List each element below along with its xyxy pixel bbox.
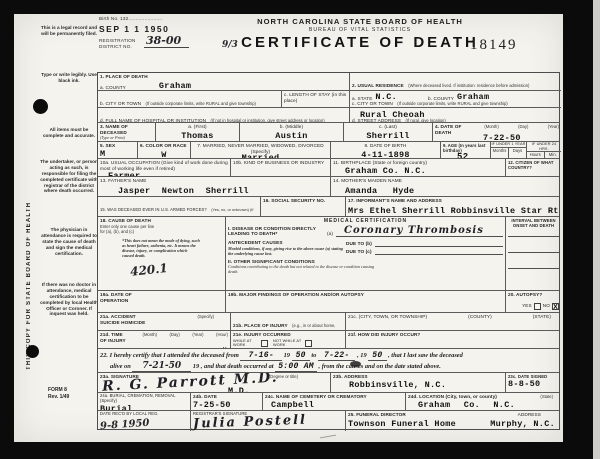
sex-value: M bbox=[100, 149, 135, 158]
interval-line-a bbox=[508, 236, 559, 237]
institution-hint: (If not in hospital or institution, give… bbox=[211, 118, 325, 122]
race-label: 6. COLOR OR RACE bbox=[140, 143, 188, 149]
certify-text2: , that I last saw the deceased bbox=[388, 352, 463, 359]
cause-of-death-label: 18. CAUSE OF DEATH bbox=[100, 218, 223, 224]
funeral-address-label: ADDRESS bbox=[518, 412, 541, 418]
autopsy-label: 20. AUTOPSY? bbox=[508, 292, 559, 298]
punch-hole bbox=[33, 99, 48, 114]
cause-of-death-hint: Enter only one cause per line for (a), (… bbox=[100, 224, 160, 234]
time-of-death-value: 5:00 AM bbox=[275, 362, 317, 372]
date-of-operation-label: 19a. DATE OF OPERATION bbox=[100, 292, 160, 303]
certify-year-prefix1: 19 bbox=[284, 352, 290, 359]
form-number: FORM 8 bbox=[48, 387, 67, 393]
injury-state-label: (STATE) bbox=[533, 314, 551, 320]
funeral-director-label: 25. FUNERAL DIRECTOR bbox=[348, 412, 406, 418]
injury-year-label: (Year) bbox=[192, 332, 203, 343]
interval-line-b bbox=[508, 252, 559, 253]
middle-name-value: Austin bbox=[242, 131, 341, 141]
autopsy-no-checkbox: X bbox=[552, 303, 559, 310]
district-number-value: 38-00 bbox=[144, 34, 189, 48]
form-grid: 1. PLACE OF DEATH a. COUNTY Graham b. CI… bbox=[97, 72, 560, 430]
autopsy-yes-checkbox bbox=[534, 303, 541, 310]
cemetery-value: Campbell bbox=[271, 400, 403, 410]
burial-type-value: Burial bbox=[100, 404, 188, 410]
first-name-label: a. (First) bbox=[158, 124, 237, 130]
certify-text5: , from the causes and on the date stated… bbox=[319, 363, 441, 370]
cause-a-value: Coronary Thrombosis bbox=[336, 225, 503, 237]
hours-label: Hours bbox=[527, 152, 545, 158]
certify-statement: 22. I hereby certify that I attended the… bbox=[98, 349, 561, 372]
autopsy-yes-label: YES bbox=[522, 303, 532, 309]
mother-name-value: Amanda Hyde bbox=[345, 186, 559, 196]
while-at-work-checkbox bbox=[261, 340, 268, 347]
death-certificate-scan: THIS COPY FOR STATE BOARD OF HEALTH This… bbox=[14, 14, 563, 442]
residence-city-hint: (If outside corporate limits, write RURA… bbox=[397, 101, 507, 106]
due-to-c-label: DUE TO (c) bbox=[346, 249, 372, 255]
birthplace-value: Graham Co. N.C. bbox=[345, 166, 503, 176]
min-label: Min. bbox=[545, 152, 562, 158]
physician-address-value: Robbinsville, N.C. bbox=[349, 380, 503, 390]
sidebar-vertical-title: THIS COPY FOR STATE BOARD OF HEALTH bbox=[26, 142, 32, 370]
punch-hole bbox=[26, 345, 39, 358]
injury-city-label: 21c. (CITY, TOWN, OR TOWNSHIP) bbox=[348, 314, 427, 320]
certify-to-word: to bbox=[311, 352, 316, 359]
burial-type-label: 24a. BURIAL, CREMATION, REMOVAL (Specify… bbox=[100, 394, 188, 404]
injury-county-label: (COUNTY) bbox=[468, 314, 492, 320]
residence-city-label: c. CITY OR TOWN bbox=[352, 101, 393, 106]
race-value: W bbox=[140, 150, 188, 158]
informant-value: Mrs Ethel Sherrill Robbinsville Star Rt bbox=[348, 206, 559, 216]
cause-code-handwritten: 420.1 bbox=[130, 255, 224, 279]
citizen-label: 12. CITIZEN OF WHAT COUNTRY? bbox=[508, 160, 559, 170]
birth-no: Birth No. 132....................... bbox=[99, 16, 162, 21]
funeral-director-value: Townson Funeral Home bbox=[348, 419, 456, 429]
year-label: (Year) bbox=[548, 124, 559, 135]
certificate-number: 18149 bbox=[470, 37, 560, 54]
ink-smudge bbox=[350, 361, 361, 367]
ssn-label: 16. SOCIAL SECURITY NO. bbox=[263, 198, 343, 204]
date-received-value: 9-8 1950 bbox=[100, 415, 189, 431]
funeral-address-value: Murphy, N.C. bbox=[490, 419, 555, 429]
name-of-deceased-label: 3. NAME OF DECEASED bbox=[100, 124, 153, 135]
institution-label: d. FULL NAME OF HOSPITAL OR INSTITUTION bbox=[100, 118, 206, 122]
age-value: 52 bbox=[457, 152, 488, 158]
while-at-work-label: WHILE AT WORK bbox=[233, 339, 259, 348]
county-label: a. COUNTY bbox=[100, 85, 126, 91]
interval-line-c bbox=[508, 268, 559, 269]
sidebar-note: This is a legal record and will be perma… bbox=[40, 25, 98, 37]
injury-month-label: (Month) bbox=[143, 332, 157, 343]
injury-hour-label: (Hour) bbox=[216, 332, 228, 343]
not-while-at-work-checkbox bbox=[305, 340, 312, 347]
not-while-at-work-label: NOT WHILE AT WORK bbox=[273, 339, 303, 348]
scan-edge bbox=[593, 0, 600, 459]
attended-to-date: 7-22- bbox=[318, 351, 356, 361]
accident-suicide-homicide-label: 21a. ACCIDENT SUICIDE HOMICIDE bbox=[100, 314, 146, 325]
date-of-birth-value: 4-11-1898 bbox=[333, 150, 438, 158]
attended-to-year: 50 bbox=[368, 351, 386, 361]
occupation-label: 10a. USUAL OCCUPATION (Give kind of work… bbox=[100, 160, 228, 171]
sidebar-note: All items must be complete and accurate. bbox=[40, 127, 98, 139]
disease-leading-to-death-label: I. DISEASE OR CONDITION DIRECTLY LEADING… bbox=[228, 226, 324, 237]
certify-text1: I hereby certify that I attended the dec… bbox=[110, 352, 239, 359]
last-name-value: Sherrill bbox=[346, 131, 430, 141]
date-signed-value: 8-8-50 bbox=[508, 379, 559, 389]
attended-from-date: 7-16- bbox=[240, 351, 282, 361]
sidebar-note: If there was no doctor in attendance, me… bbox=[40, 282, 98, 317]
certify-text3: alive on bbox=[110, 363, 131, 370]
usual-residence-label: 2. USUAL RESIDENCE bbox=[352, 83, 404, 88]
last-name-label: c. (Last) bbox=[346, 124, 430, 130]
date-of-death-label: 4. DATE OF DEATH bbox=[435, 124, 465, 135]
antecedent-hint: Morbid conditions, if any, giving rise t… bbox=[228, 246, 346, 256]
father-name-label: 13. FATHER'S NAME bbox=[100, 178, 328, 184]
autopsy-no-label: NO bbox=[543, 303, 550, 309]
county-value: Graham bbox=[159, 81, 191, 91]
place-of-injury-label: 21b. PLACE OF INJURY bbox=[233, 323, 288, 328]
interval-label: INTERVAL BETWEEN ONSET AND DEATH bbox=[508, 218, 559, 228]
occupation-value: Farmer bbox=[108, 171, 228, 176]
pencil-mark bbox=[320, 435, 336, 439]
district-label: DISTRICT NO. bbox=[99, 44, 132, 49]
board-name: NORTH CAROLINA STATE BOARD OF HEALTH bbox=[200, 17, 520, 26]
armed-forces-label: 15. WAS DECEASED EVER IN U.S. ARMED FORC… bbox=[100, 207, 207, 212]
usual-residence-hint: (Where deceased lived. If institution: r… bbox=[408, 83, 529, 88]
burial-date-value: 7-25-50 bbox=[193, 400, 260, 410]
form-revision: Rev. 1/49 bbox=[48, 394, 69, 400]
name-of-deceased-sub: (Type or Print) bbox=[100, 135, 153, 140]
specify-hint: (Specify) bbox=[197, 314, 214, 325]
street-address-hint: (If rural, give location) bbox=[405, 118, 445, 122]
due-to-c-line bbox=[375, 249, 503, 255]
attended-from-year: 50 bbox=[292, 351, 310, 361]
certify-text4: , and that death occurred at bbox=[201, 363, 274, 370]
place-of-death-section: 1. PLACE OF DEATH a. COUNTY Graham b. CI… bbox=[98, 73, 350, 122]
certify-year-prefix3: 19 bbox=[193, 363, 199, 370]
marital-status-value: Married bbox=[193, 153, 328, 158]
industry-label: 10b. KIND OF BUSINESS OR INDUSTRY bbox=[233, 160, 328, 166]
burial-location-state-label: (State) bbox=[540, 394, 553, 400]
sidebar-note: The undertaker, or person acting as such… bbox=[40, 159, 98, 194]
cause-of-death-sidebar: 18. CAUSE OF DEATH Enter only one cause … bbox=[98, 217, 226, 290]
burial-location-value: Graham Co. N.C. bbox=[418, 400, 559, 410]
burial-location-label: 24d. LOCATION (City, town, or county) bbox=[408, 394, 497, 400]
last-seen-alive-date: 7-21-50 bbox=[132, 361, 191, 372]
date-of-birth-label: 8. DATE OF BIRTH bbox=[333, 143, 438, 149]
sidebar-note: The physician in attendance is required … bbox=[40, 227, 98, 256]
city-label: b. CITY OR TOWN bbox=[100, 101, 141, 106]
how-did-injury-occur-label: 21f. HOW DID INJURY OCCUR? bbox=[348, 332, 559, 338]
city-hint: (If outside corporate limits, write RURA… bbox=[146, 101, 256, 106]
interval-column: INTERVAL BETWEEN ONSET AND DEATH bbox=[506, 217, 561, 290]
first-name-value: Thomas bbox=[158, 131, 237, 141]
informant-label: 17. INFORMANT'S NAME AND ADDRESS bbox=[348, 198, 559, 204]
line-a-label: (a) bbox=[327, 231, 333, 237]
cause-note: *This does not mean the mode of dying, s… bbox=[122, 238, 200, 258]
other-significant-conditions-hint: Conditions contributing to the death but… bbox=[228, 264, 378, 274]
time-of-injury-label: 21d. TIME OF INJURY bbox=[100, 332, 130, 343]
injury-occurred-label: 21e. INJURY OCCURRED bbox=[233, 332, 343, 338]
days-label: Days bbox=[509, 148, 526, 158]
date-received-stamp: SEP 1 1 1950 bbox=[99, 24, 169, 34]
middle-name-label: b. (Middle) bbox=[242, 124, 341, 130]
father-name-value: Jasper Newton Sherrill bbox=[118, 186, 328, 196]
length-of-stay-label: c. LENGTH OF STAY (in this place) bbox=[284, 92, 348, 103]
usual-residence-section: 2. USUAL RESIDENCE (Where deceased lived… bbox=[350, 73, 561, 122]
sidebar-note: Type or write legibly. Use black ink. bbox=[40, 72, 98, 84]
mother-name-label: 14. MOTHER'S MAIDEN NAME bbox=[333, 178, 559, 184]
registration-label: REGISTRATION bbox=[99, 38, 136, 43]
certify-year-prefix2: , 19 bbox=[357, 352, 367, 359]
street-address-label: d. STREET ADDRESS bbox=[352, 118, 401, 122]
due-to-b-line bbox=[375, 241, 503, 247]
injury-day-label: (Day) bbox=[170, 332, 180, 343]
due-to-b-label: DUE TO (b) bbox=[346, 241, 372, 247]
months-label: Months bbox=[491, 148, 509, 158]
if-under-24-hrs-label: IF UNDER 24 HRS. bbox=[527, 142, 561, 152]
place-of-death-label: 1. PLACE OF DEATH bbox=[100, 74, 347, 80]
injury-m-label: M. bbox=[100, 346, 228, 348]
major-findings-label: 19b. MAJOR FINDINGS OF OPERATION AND/OR … bbox=[228, 292, 503, 298]
medical-certification-main: MEDICAL CERTIFICATION I. DISEASE OR COND… bbox=[226, 217, 506, 290]
bureau-name: BUREAU OF VITAL STATISTICS bbox=[200, 27, 520, 33]
medical-certification-title: MEDICAL CERTIFICATION bbox=[228, 218, 503, 224]
certify-number: 22. bbox=[100, 352, 108, 359]
